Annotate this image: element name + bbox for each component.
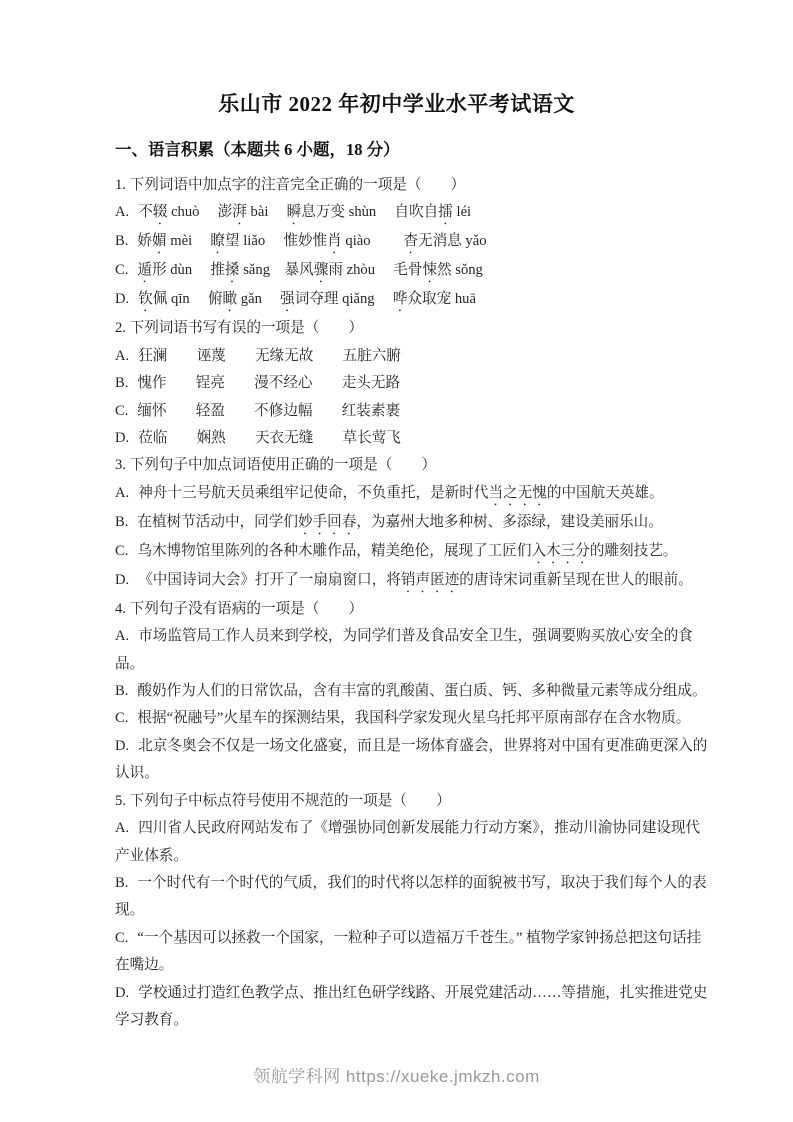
question-4-option-b: B.酸奶作为人们的日常饮品，含有丰富的乳酸菌、蛋白质、钙、多种微量元素等成分组成… (115, 678, 710, 705)
question-4-stem: 4. 下列句子没有语病的一项是（ ） (115, 596, 710, 623)
question-5-option-c: C.“一个基因可以拯救一个国家，一粒种子可以造福万千苍生。” 植物学家钟扬总把这… (115, 925, 710, 980)
option-text: 乌木博物馆里陈列的各种木雕作品，精美绝伦，展现了工匠们入木三分的雕刻技艺。 (137, 543, 677, 559)
question-3: 3. 下列句子中加点词语使用正确的一项是（ ） A.神舟十三号航天员乘组牢记使命… (115, 452, 710, 595)
option-text: 缅怀 轻盈 不修边幅 红装素裹 (137, 403, 400, 419)
option-text: 根据“祝融号”火星车的探测结果，我国科学家发现火星乌托邦平原南部存在含水物质。 (137, 710, 690, 726)
option-text: 《中国诗词大会》打开了一扇扇窗口，将销声匿迹的唐诗宋词重新呈现在世人的眼前。 (138, 572, 693, 588)
question-3-stem: 3. 下列句子中加点词语使用正确的一项是（ ） (115, 452, 710, 479)
question-5: 5. 下列句子中标点符号使用不规范的一项是（ ） A.四川省人民政府网站发布了《… (115, 788, 710, 1035)
question-1-option-d: D.钦佩 qīn 俯瞰 gǎn 强词夺理 qiǎng 哗众取宠 huā (115, 286, 710, 315)
question-3-option-d: D.《中国诗词大会》打开了一扇扇窗口，将销声匿迹的唐诗宋词重新呈现在世人的眼前。 (115, 567, 710, 596)
section-heading: 一、语言积累（本题共 6 小题，18 分） (115, 136, 710, 163)
question-3-option-a: A.神舟十三号航天员乘组牢记使命，不负重托，是新时代当之无愧的中国航天英雄。 (115, 480, 710, 509)
option-text: 不辍 chuò 澎湃 bài 瞬息万变 shùn 自吹自擂 léi (138, 204, 471, 220)
question-1-option-a: A.不辍 chuò 澎湃 bài 瞬息万变 shùn 自吹自擂 léi (115, 199, 710, 228)
page-title: 乐山市 2022 年初中学业水平考试语文 (0, 88, 793, 118)
watermark-text: 领航学科网 https://xueke.jmkzh.com (253, 1067, 540, 1086)
option-label: A. (115, 485, 129, 501)
option-label: B. (115, 375, 128, 391)
option-label: C. (115, 403, 128, 419)
option-label: A. (115, 348, 129, 364)
option-text: 钦佩 qīn 俯瞰 gǎn 强词夺理 qiǎng 哗众取宠 huā (138, 291, 476, 307)
option-text: 莅临 娴熟 天衣无缝 草长莺飞 (138, 430, 401, 446)
option-label: D. (115, 291, 129, 307)
option-label: C. (115, 262, 128, 278)
option-label: B. (115, 233, 128, 249)
question-3-option-b: B.在植树节活动中，同学们妙手回春，为嘉州大地多种树、多添绿，建设美丽乐山。 (115, 509, 710, 538)
question-4: 4. 下列句子没有语病的一项是（ ） A.市场监管局工作人员来到学校，为同学们普… (115, 596, 710, 788)
exam-content: 一、语言积累（本题共 6 小题，18 分） 1. 下列词语中加点字的注音完全正确… (115, 136, 710, 1034)
question-4-option-c: C.根据“祝融号”火星车的探测结果，我国科学家发现火星乌托邦平原南部存在含水物质… (115, 705, 710, 732)
question-5-option-a: A.四川省人民政府网站发布了《增强协同创新发展能力行动方案》，推动川渝协同建设现… (115, 815, 710, 870)
question-2: 2. 下列词语书写有误的一项是（ ） A.狂澜 诬蔑 无缘无故 五脏六腑 B.愧… (115, 315, 710, 452)
option-label: D. (115, 738, 129, 754)
question-1-stem: 1. 下列词语中加点字的注音完全正确的一项是（ ） (115, 172, 710, 199)
question-1: 1. 下列词语中加点字的注音完全正确的一项是（ ） A.不辍 chuò 澎湃 b… (115, 172, 710, 315)
option-text: 娇媚 mèi 瞭望 liǎo 惟妙惟肖 qiào 杳无消息 yǎo (137, 233, 486, 249)
option-label: B. (115, 514, 128, 530)
question-1-option-b: B.娇媚 mèi 瞭望 liǎo 惟妙惟肖 qiào 杳无消息 yǎo (115, 228, 710, 257)
option-label: C. (115, 930, 128, 946)
option-text: “一个基因可以拯救一个国家，一粒种子可以造福万千苍生。” 植物学家钟扬总把这句话… (115, 930, 701, 973)
option-label: B. (115, 683, 128, 699)
option-text: 一个时代有一个时代的气质，我们的时代将以怎样的面貌被书写，取决于我们每个人的表现… (115, 875, 707, 918)
option-label: D. (115, 572, 129, 588)
option-label: D. (115, 985, 129, 1001)
option-text: 愧作 锃亮 漫不经心 走头无路 (137, 375, 400, 391)
question-2-option-b: B.愧作 锃亮 漫不经心 走头无路 (115, 370, 710, 397)
question-2-option-a: A.狂澜 诬蔑 无缘无故 五脏六腑 (115, 343, 710, 370)
question-5-stem: 5. 下列句子中标点符号使用不规范的一项是（ ） (115, 788, 710, 815)
option-label: A. (115, 204, 129, 220)
option-text: 市场监管局工作人员来到学校，为同学们普及食品安全卫生，强调要购买放心安全的食品。 (115, 628, 693, 671)
option-label: A. (115, 820, 129, 836)
question-5-option-b: B.一个时代有一个时代的气质，我们的时代将以怎样的面貌被书写，取决于我们每个人的… (115, 870, 710, 925)
question-4-option-d: D.北京冬奥会不仅是一场文化盛宴，而且是一场体育盛会，世界将对中国有更准确更深入… (115, 733, 710, 788)
question-4-option-a: A.市场监管局工作人员来到学校，为同学们普及食品安全卫生，强调要购买放心安全的食… (115, 623, 710, 678)
option-text: 北京冬奥会不仅是一场文化盛宴，而且是一场体育盛会，世界将对中国有更准确更深入的认… (115, 738, 707, 781)
question-3-option-c: C.乌木博物馆里陈列的各种木雕作品，精美绝伦，展现了工匠们入木三分的雕刻技艺。 (115, 538, 710, 567)
option-text: 学校通过打造红色教学点、推出红色研学线路、开展党建活动……等措施，扎实推进党史学… (115, 985, 707, 1028)
option-text: 四川省人民政府网站发布了《增强协同创新发展能力行动方案》，推动川渝协同建设现代产… (115, 820, 700, 863)
option-label: A. (115, 628, 129, 644)
option-label: C. (115, 543, 128, 559)
option-text: 酸奶作为人们的日常饮品，含有丰富的乳酸菌、蛋白质、钙、多种微量元素等成分组成。 (137, 683, 706, 699)
option-text: 遁形 dùn 推搡 sǎng 暴风骤雨 zhòu 毛骨悚然 sǒng (137, 262, 482, 278)
watermark: 领航学科网 https://xueke.jmkzh.com (0, 1062, 793, 1087)
option-label: B. (115, 875, 128, 891)
option-label: D. (115, 430, 129, 446)
question-5-option-d: D.学校通过打造红色教学点、推出红色研学线路、开展党建活动……等措施，扎实推进党… (115, 980, 710, 1035)
question-1-option-c: C.遁形 dùn 推搡 sǎng 暴风骤雨 zhòu 毛骨悚然 sǒng (115, 257, 710, 286)
question-2-stem: 2. 下列词语书写有误的一项是（ ） (115, 315, 710, 342)
option-text: 神舟十三号航天员乘组牢记使命，不负重托，是新时代当之无愧的中国航天英雄。 (138, 485, 663, 501)
option-text: 在植树节活动中，同学们妙手回春，为嘉州大地多种树、多添绿，建设美丽乐山。 (137, 514, 662, 530)
option-label: C. (115, 710, 128, 726)
option-text: 狂澜 诬蔑 无缘无故 五脏六腑 (138, 348, 401, 364)
question-2-option-d: D.莅临 娴熟 天衣无缝 草长莺飞 (115, 425, 710, 452)
question-2-option-c: C.缅怀 轻盈 不修边幅 红装素裹 (115, 398, 710, 425)
